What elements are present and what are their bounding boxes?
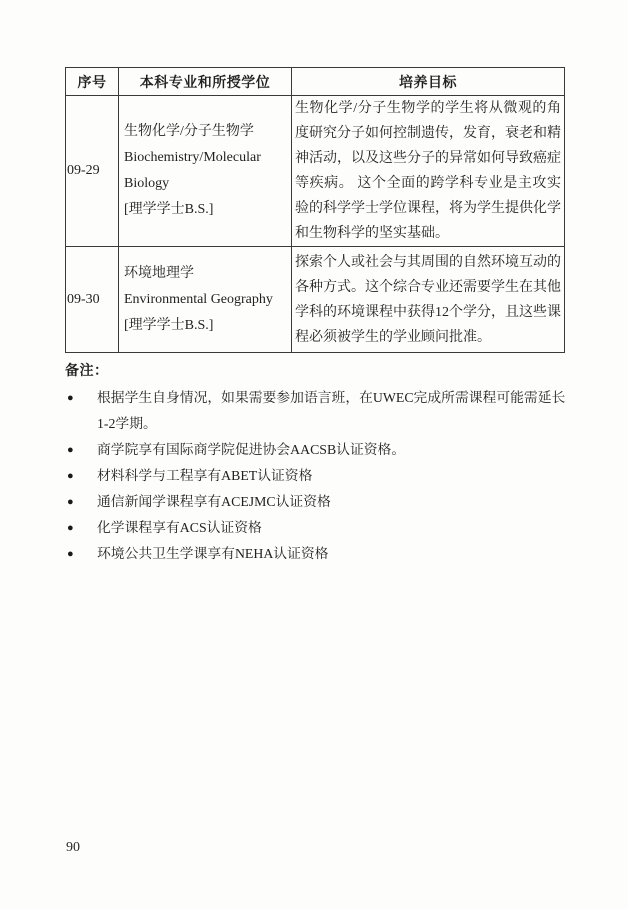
major-name-en: Environmental Geography (124, 287, 287, 313)
table-header-row: 序号 本科专业和所授学位 培养目标 (66, 68, 565, 96)
bullet-icon: ● (67, 385, 74, 411)
major-name-cn: 生物化学/分子生物学 (124, 119, 287, 145)
bullet-icon: ● (67, 437, 74, 463)
notes-label: 备注： (65, 359, 570, 385)
major-name-cn: 环境地理学 (124, 261, 287, 287)
note-text: 化学课程享有ACS认证资格 (97, 520, 262, 535)
note-text: 材料科学与工程享有ABET认证资格 (97, 468, 312, 483)
row-id-cell: 09-30 (66, 247, 119, 353)
note-item: ● 材料科学与工程享有ABET认证资格 (65, 463, 567, 489)
note-text: 环境公共卫生学课享有NEHA认证资格 (97, 546, 328, 561)
col-header-index: 序号 (66, 68, 119, 96)
page-number: 90 (66, 840, 80, 856)
majors-table: 序号 本科专业和所授学位 培养目标 09-29 生物化学/分子生物学 Bioch… (65, 67, 565, 353)
document-page: 序号 本科专业和所授学位 培养目标 09-29 生物化学/分子生物学 Bioch… (0, 0, 628, 909)
note-text: 通信新闻学课程享有ACEJMC认证资格 (97, 494, 331, 509)
objective-cell: 生物化学/分子生物学的学生将从微观的角度研究分子如何控制遗传，发育，衰老和精神活… (292, 96, 565, 247)
table-row: 09-29 生物化学/分子生物学 Biochemistry/Molecular … (66, 96, 565, 247)
table-row: 09-30 环境地理学 Environmental Geography [理学学… (66, 247, 565, 353)
bullet-icon: ● (67, 463, 74, 489)
row-id-cell: 09-29 (66, 96, 119, 247)
major-cell: 环境地理学 Environmental Geography [理学学士B.S.] (119, 247, 292, 353)
note-item: ● 商学院享有国际商学院促进协会AACSB认证资格。 (65, 437, 567, 463)
notes-list: ● 根据学生自身情况，如果需要参加语言班，在UWEC完成所需课程可能需延长1-2… (65, 385, 570, 567)
bullet-icon: ● (67, 489, 74, 515)
objective-cell: 探索个人或社会与其周围的自然环境互动的各种方式。这个综合专业还需要学生在其他学科… (292, 247, 565, 353)
major-name-en: Biochemistry/Molecular Biology (124, 145, 287, 197)
degree-label: [理学学士B.S.] (124, 197, 287, 223)
note-item: ● 化学课程享有ACS认证资格 (65, 515, 567, 541)
note-item: ● 通信新闻学课程享有ACEJMC认证资格 (65, 489, 567, 515)
col-header-objective: 培养目标 (292, 68, 565, 96)
note-text: 根据学生自身情况，如果需要参加语言班，在UWEC完成所需课程可能需延长1-2学期… (97, 390, 565, 431)
note-item: ● 根据学生自身情况，如果需要参加语言班，在UWEC完成所需课程可能需延长1-2… (65, 385, 567, 437)
degree-label: [理学学士B.S.] (124, 313, 287, 339)
notes-section: 备注： ● 根据学生自身情况，如果需要参加语言班，在UWEC完成所需课程可能需延… (65, 359, 570, 567)
bullet-icon: ● (67, 541, 74, 567)
note-item: ● 环境公共卫生学课享有NEHA认证资格 (65, 541, 567, 567)
bullet-icon: ● (67, 515, 74, 541)
note-text: 商学院享有国际商学院促进协会AACSB认证资格。 (97, 442, 405, 457)
major-cell: 生物化学/分子生物学 Biochemistry/Molecular Biolog… (119, 96, 292, 247)
col-header-major: 本科专业和所授学位 (119, 68, 292, 96)
